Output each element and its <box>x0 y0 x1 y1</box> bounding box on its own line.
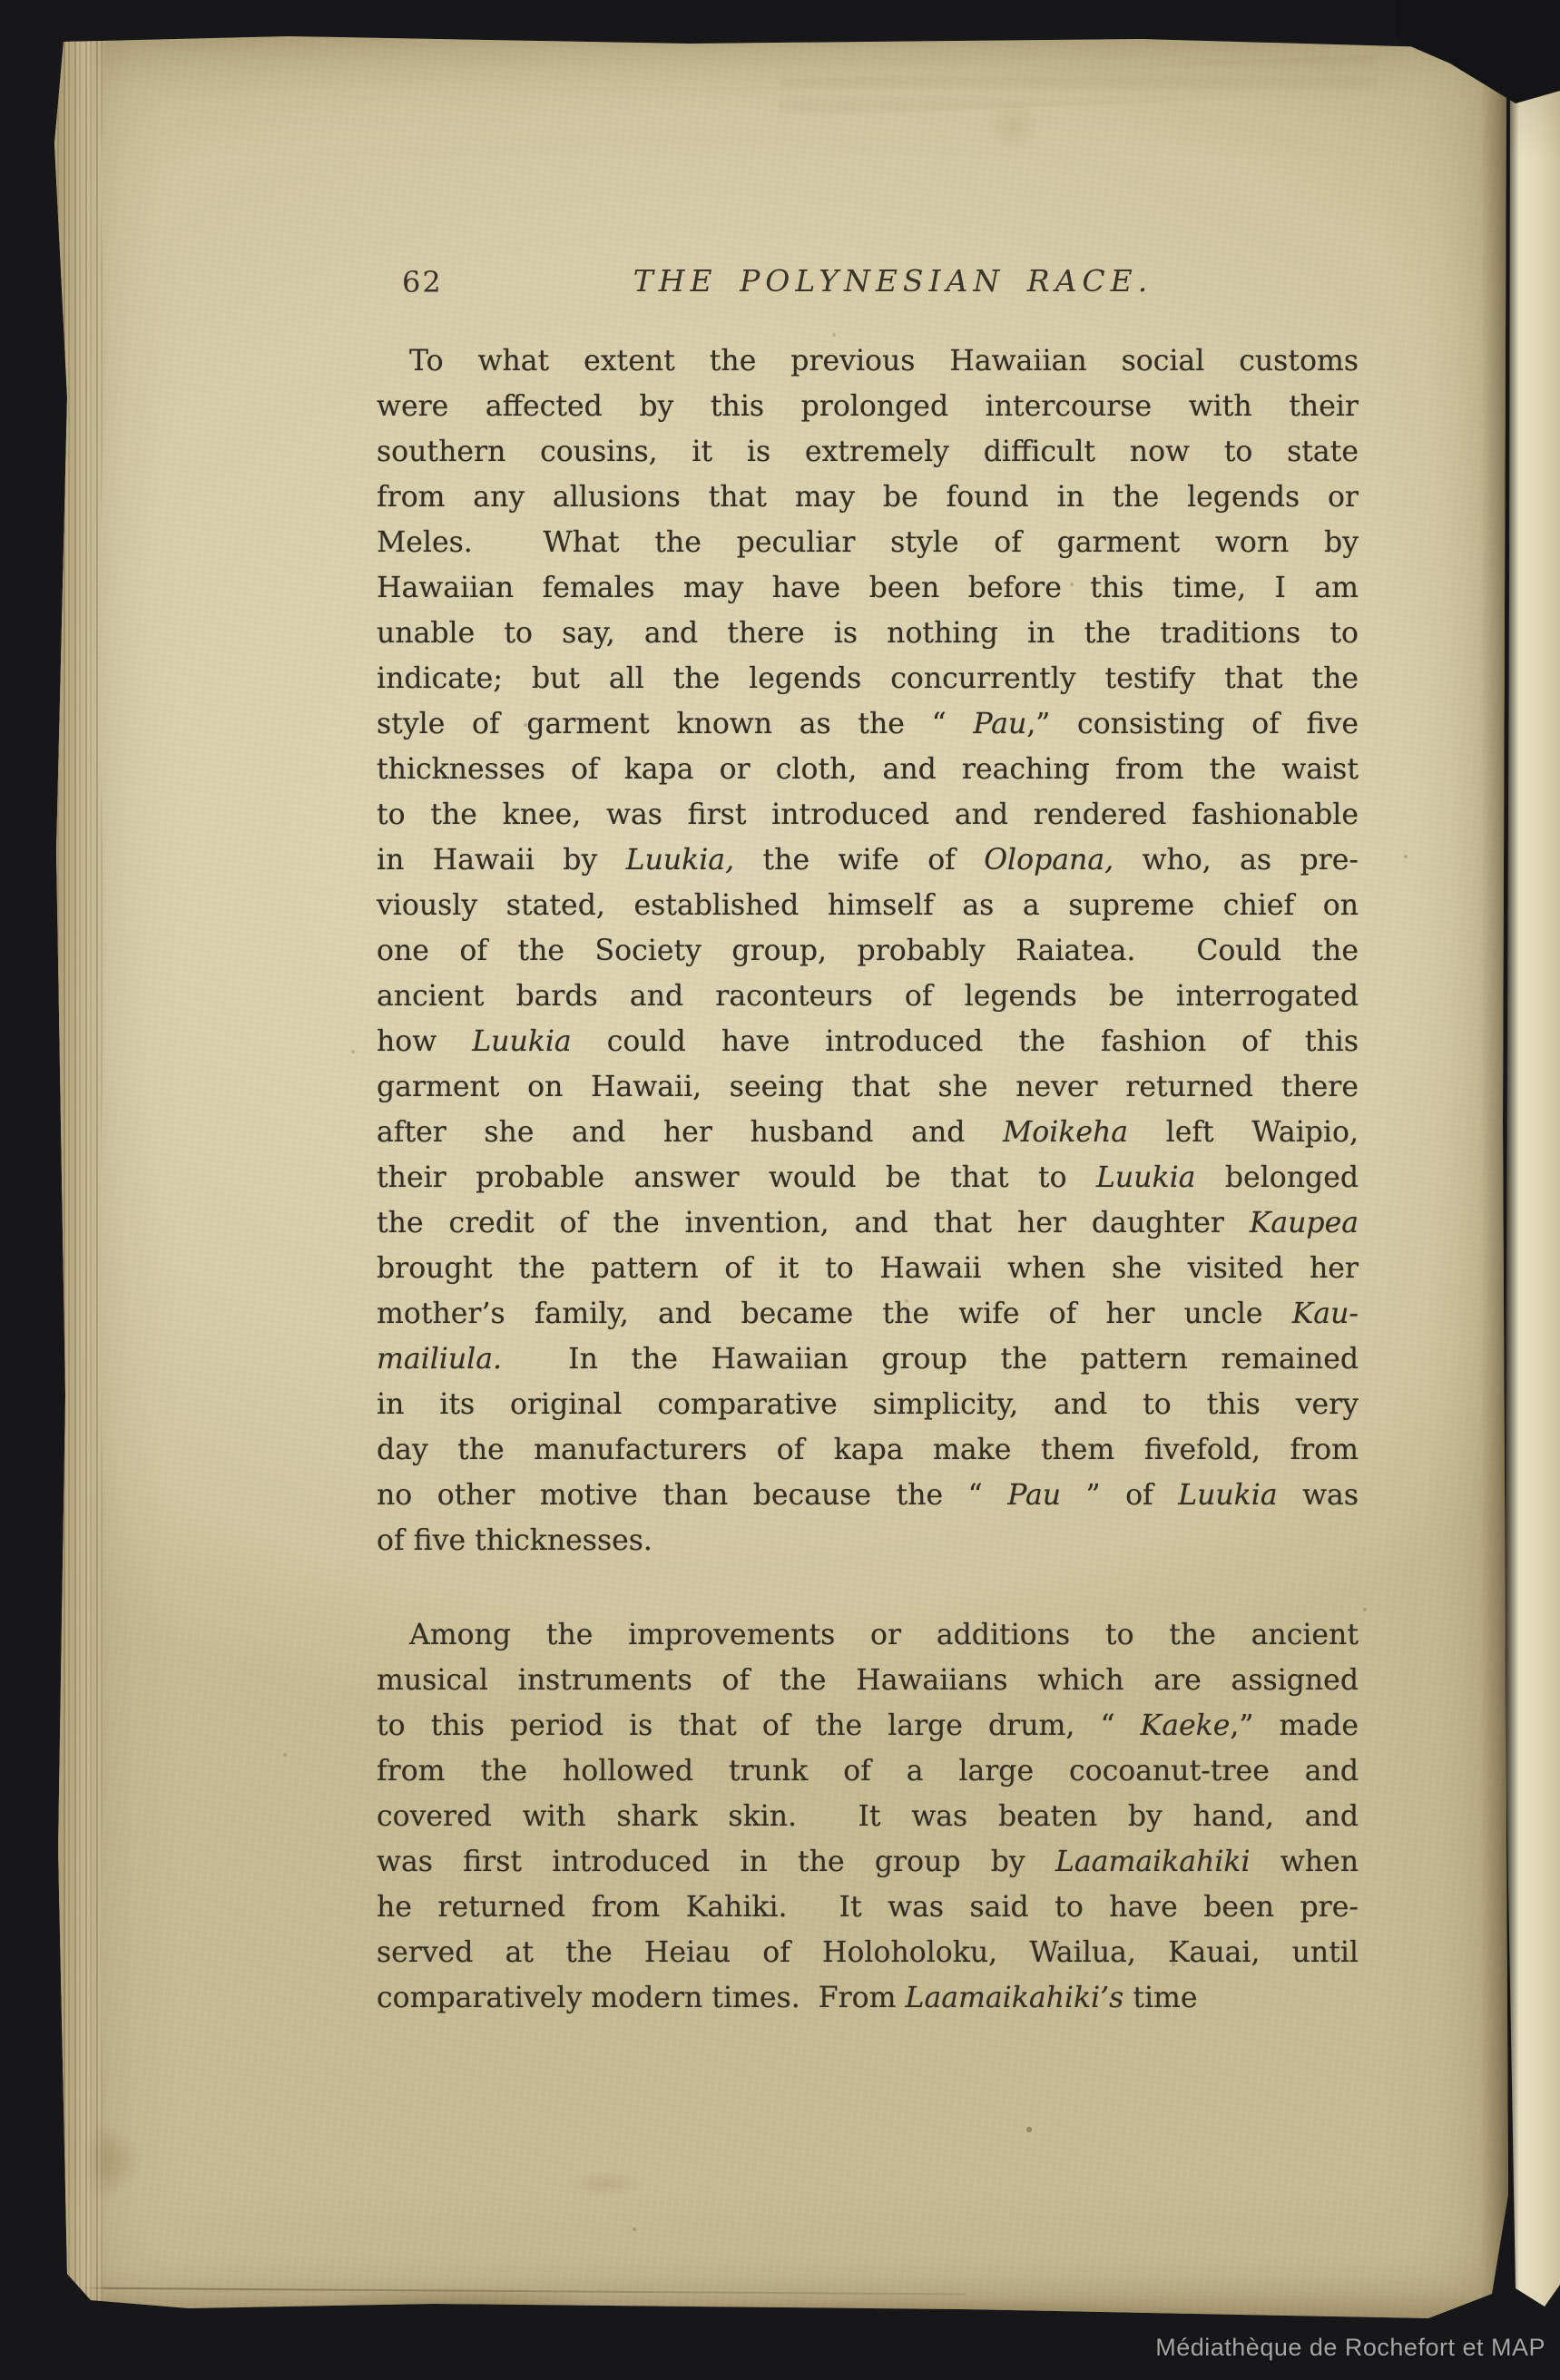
italic-text-run: Laamaikahiki <box>1055 1846 1251 1878</box>
text-run: from any allusions that may be found in … <box>377 481 1359 514</box>
text-line: southern cousins, it is extremely diffic… <box>377 429 1359 475</box>
text-run: served at the Heiau of Holoholoku, Wailu… <box>377 1936 1359 1969</box>
italic-text-run: Moikeha <box>1003 1116 1128 1149</box>
text-run: time <box>1123 1982 1197 2014</box>
text-line: after she and her husband and Moikeha le… <box>377 1110 1359 1155</box>
text-run: In the Hawaiian group the pattern remain… <box>502 1343 1359 1376</box>
page-text: To what extent the previous Hawaiian soc… <box>377 338 1359 2021</box>
text-line: no other motive than because the “ Pau ”… <box>377 1473 1359 1518</box>
text-run: from the hollowed trunk of a large cocoa… <box>377 1755 1359 1787</box>
text-run: who, as pre- <box>1114 844 1359 877</box>
text-run: of five thicknesses. <box>377 1524 652 1557</box>
text-line: served at the Heiau of Holoholoku, Wailu… <box>377 1930 1359 1975</box>
text-line: day the manufacturers of kapa make them … <box>377 1427 1359 1473</box>
text-run: were affected by this prolonged intercou… <box>377 390 1359 423</box>
paper-speckles <box>53 34 54 36</box>
running-header: THE POLYNESIAN RACE. <box>402 263 1384 299</box>
text-line: were affected by this prolonged intercou… <box>377 384 1359 429</box>
italic-text-run: Kaupea <box>1250 1207 1359 1239</box>
text-line: thicknesses of kapa or cloth, and reachi… <box>377 747 1359 792</box>
text-run: day the manufacturers of kapa make them … <box>377 1434 1359 1466</box>
text-run: viously stated, established himself as a… <box>377 889 1359 922</box>
text-run: unable to say, and there is nothing in t… <box>377 617 1359 650</box>
text-run: the wife of <box>734 844 984 877</box>
text-run: brought the pattern of it to Hawaii when… <box>377 1252 1359 1285</box>
text-run: ,” consisting of five <box>1026 708 1359 740</box>
text-line: ancient bards and raconteurs of legends … <box>377 974 1359 1019</box>
italic-text-run: Luukia <box>1096 1161 1195 1194</box>
text-line: Hawaiian females may have been before th… <box>377 565 1359 611</box>
text-line: mailiula. In the Hawaiian group the patt… <box>377 1337 1359 1382</box>
text-line: brought the pattern of it to Hawaii when… <box>377 1246 1359 1291</box>
text-line: to this period is that of the large drum… <box>377 1703 1359 1748</box>
italic-text-run: Kaeke <box>1141 1709 1231 1742</box>
text-run: musical instruments of the Hawaiians whi… <box>377 1664 1359 1697</box>
text-line: mother’s family, and became the wife of … <box>377 1291 1359 1337</box>
italic-text-run: Kau- <box>1292 1298 1359 1330</box>
adjacent-page-edge <box>1505 51 1560 2319</box>
text-line: garment on Hawaii, seeing that she never… <box>377 1064 1359 1110</box>
text-line: how Luukia could have introduced the fas… <box>377 1019 1359 1064</box>
text-line: Among the improvements or additions to t… <box>377 1612 1359 1658</box>
text-run: to the knee, was first introduced and re… <box>377 798 1359 831</box>
text-run: mother’s family, and became the wife of … <box>377 1298 1292 1330</box>
page-header-row: 62 THE POLYNESIAN RACE. <box>377 263 1359 303</box>
text-run: was first introduced in the group by <box>377 1846 1055 1878</box>
text-run: in its original comparative simplicity, … <box>377 1388 1359 1421</box>
text-run: one of the Society group, probably Raiat… <box>377 935 1359 967</box>
text-line: Meles. What the peculiar style of garmen… <box>377 520 1359 565</box>
text-line: their probable answer would be that to L… <box>377 1155 1359 1200</box>
text-line: from any allusions that may be found in … <box>377 475 1359 520</box>
text-run: Meles. What the peculiar style of garmen… <box>377 526 1359 559</box>
text-run: ,” made <box>1230 1709 1359 1742</box>
text-line: one of the Society group, probably Raiat… <box>377 928 1359 974</box>
italic-text-run: Olopana, <box>984 844 1114 877</box>
text-run: indicate; but all the legends concurrent… <box>377 662 1359 695</box>
text-run: after she and her husband and <box>377 1116 1003 1149</box>
text-run: garment on Hawaii, seeing that she never… <box>377 1071 1359 1103</box>
text-run: comparatively modern times. From <box>377 1982 906 2014</box>
text-line: To what extent the previous Hawaiian soc… <box>377 338 1359 384</box>
text-line: unable to say, and there is nothing in t… <box>377 611 1359 656</box>
text-line: style of garment known as the “ Pau,” co… <box>377 701 1359 747</box>
text-run: style of garment known as the “ <box>377 708 973 740</box>
italic-text-run: Luukia <box>472 1025 571 1058</box>
italic-text-run: Pau <box>973 708 1026 740</box>
text-run: southern cousins, it is extremely diffic… <box>377 436 1359 468</box>
text-line: musical instruments of the Hawaiians whi… <box>377 1658 1359 1703</box>
text-run: covered with shark skin. It was beaten b… <box>377 1800 1359 1833</box>
text-line: viously stated, established himself as a… <box>377 883 1359 928</box>
text-run: he returned from Kahiki. It was said to … <box>377 1891 1359 1924</box>
text-run: ” of <box>1061 1479 1178 1512</box>
text-line: was first introduced in the group by Laa… <box>377 1839 1359 1885</box>
page-content: 62 THE POLYNESIAN RACE. To what extent t… <box>53 34 1508 2321</box>
italic-text-run: mailiula. <box>377 1343 502 1376</box>
text-line: of five thicknesses. <box>377 1518 1359 1563</box>
text-run: thicknesses of kapa or cloth, and reachi… <box>377 753 1359 786</box>
text-run: ancient bards and raconteurs of legends … <box>377 980 1359 1013</box>
text-line: the credit of the invention, and that he… <box>377 1200 1359 1246</box>
text-run: no other motive than because the “ <box>377 1479 1007 1512</box>
text-line: he returned from Kahiki. It was said to … <box>377 1885 1359 1930</box>
text-run: their probable answer would be that to <box>377 1161 1096 1194</box>
text-line: comparatively modern times. From Laamaik… <box>377 1975 1359 2021</box>
paragraph: Among the improvements or additions to t… <box>377 1612 1359 2021</box>
text-line: from the hollowed trunk of a large cocoa… <box>377 1748 1359 1794</box>
text-run: in Hawaii by <box>377 844 626 877</box>
text-run: when <box>1251 1846 1359 1878</box>
text-run: To what extent the previous Hawaiian soc… <box>409 345 1359 377</box>
italic-text-run: Luukia <box>1178 1479 1277 1512</box>
library-watermark: Médiathèque de Rochefort et MAP <box>1155 2334 1545 2362</box>
text-run: could have introduced the fashion of thi… <box>572 1025 1359 1058</box>
italic-text-run: Luukia, <box>626 844 734 877</box>
text-line: to the knee, was first introduced and re… <box>377 792 1359 837</box>
text-line: covered with shark skin. It was beaten b… <box>377 1794 1359 1839</box>
text-run: was <box>1278 1479 1359 1512</box>
book-page: 62 THE POLYNESIAN RACE. To what extent t… <box>53 34 1508 2321</box>
text-run: the credit of the invention, and that he… <box>377 1207 1250 1239</box>
text-run: Hawaiian females may have been before th… <box>377 572 1359 604</box>
text-run: left Waipio, <box>1128 1116 1359 1149</box>
paragraph: To what extent the previous Hawaiian soc… <box>377 338 1359 1563</box>
text-run: belonged <box>1195 1161 1359 1194</box>
text-run: how <box>377 1025 472 1058</box>
text-line: in its original comparative simplicity, … <box>377 1382 1359 1427</box>
italic-text-run: Laamaikahiki’s <box>906 1982 1124 2014</box>
text-line: indicate; but all the legends concurrent… <box>377 656 1359 701</box>
italic-text-run: Pau <box>1007 1479 1061 1512</box>
text-run: to this period is that of the large drum… <box>377 1709 1141 1742</box>
text-run: Among the improvements or additions to t… <box>409 1619 1359 1651</box>
text-line: in Hawaii by Luukia, the wife of Olopana… <box>377 837 1359 883</box>
book-scan: 62 THE POLYNESIAN RACE. To what extent t… <box>0 0 1560 2380</box>
